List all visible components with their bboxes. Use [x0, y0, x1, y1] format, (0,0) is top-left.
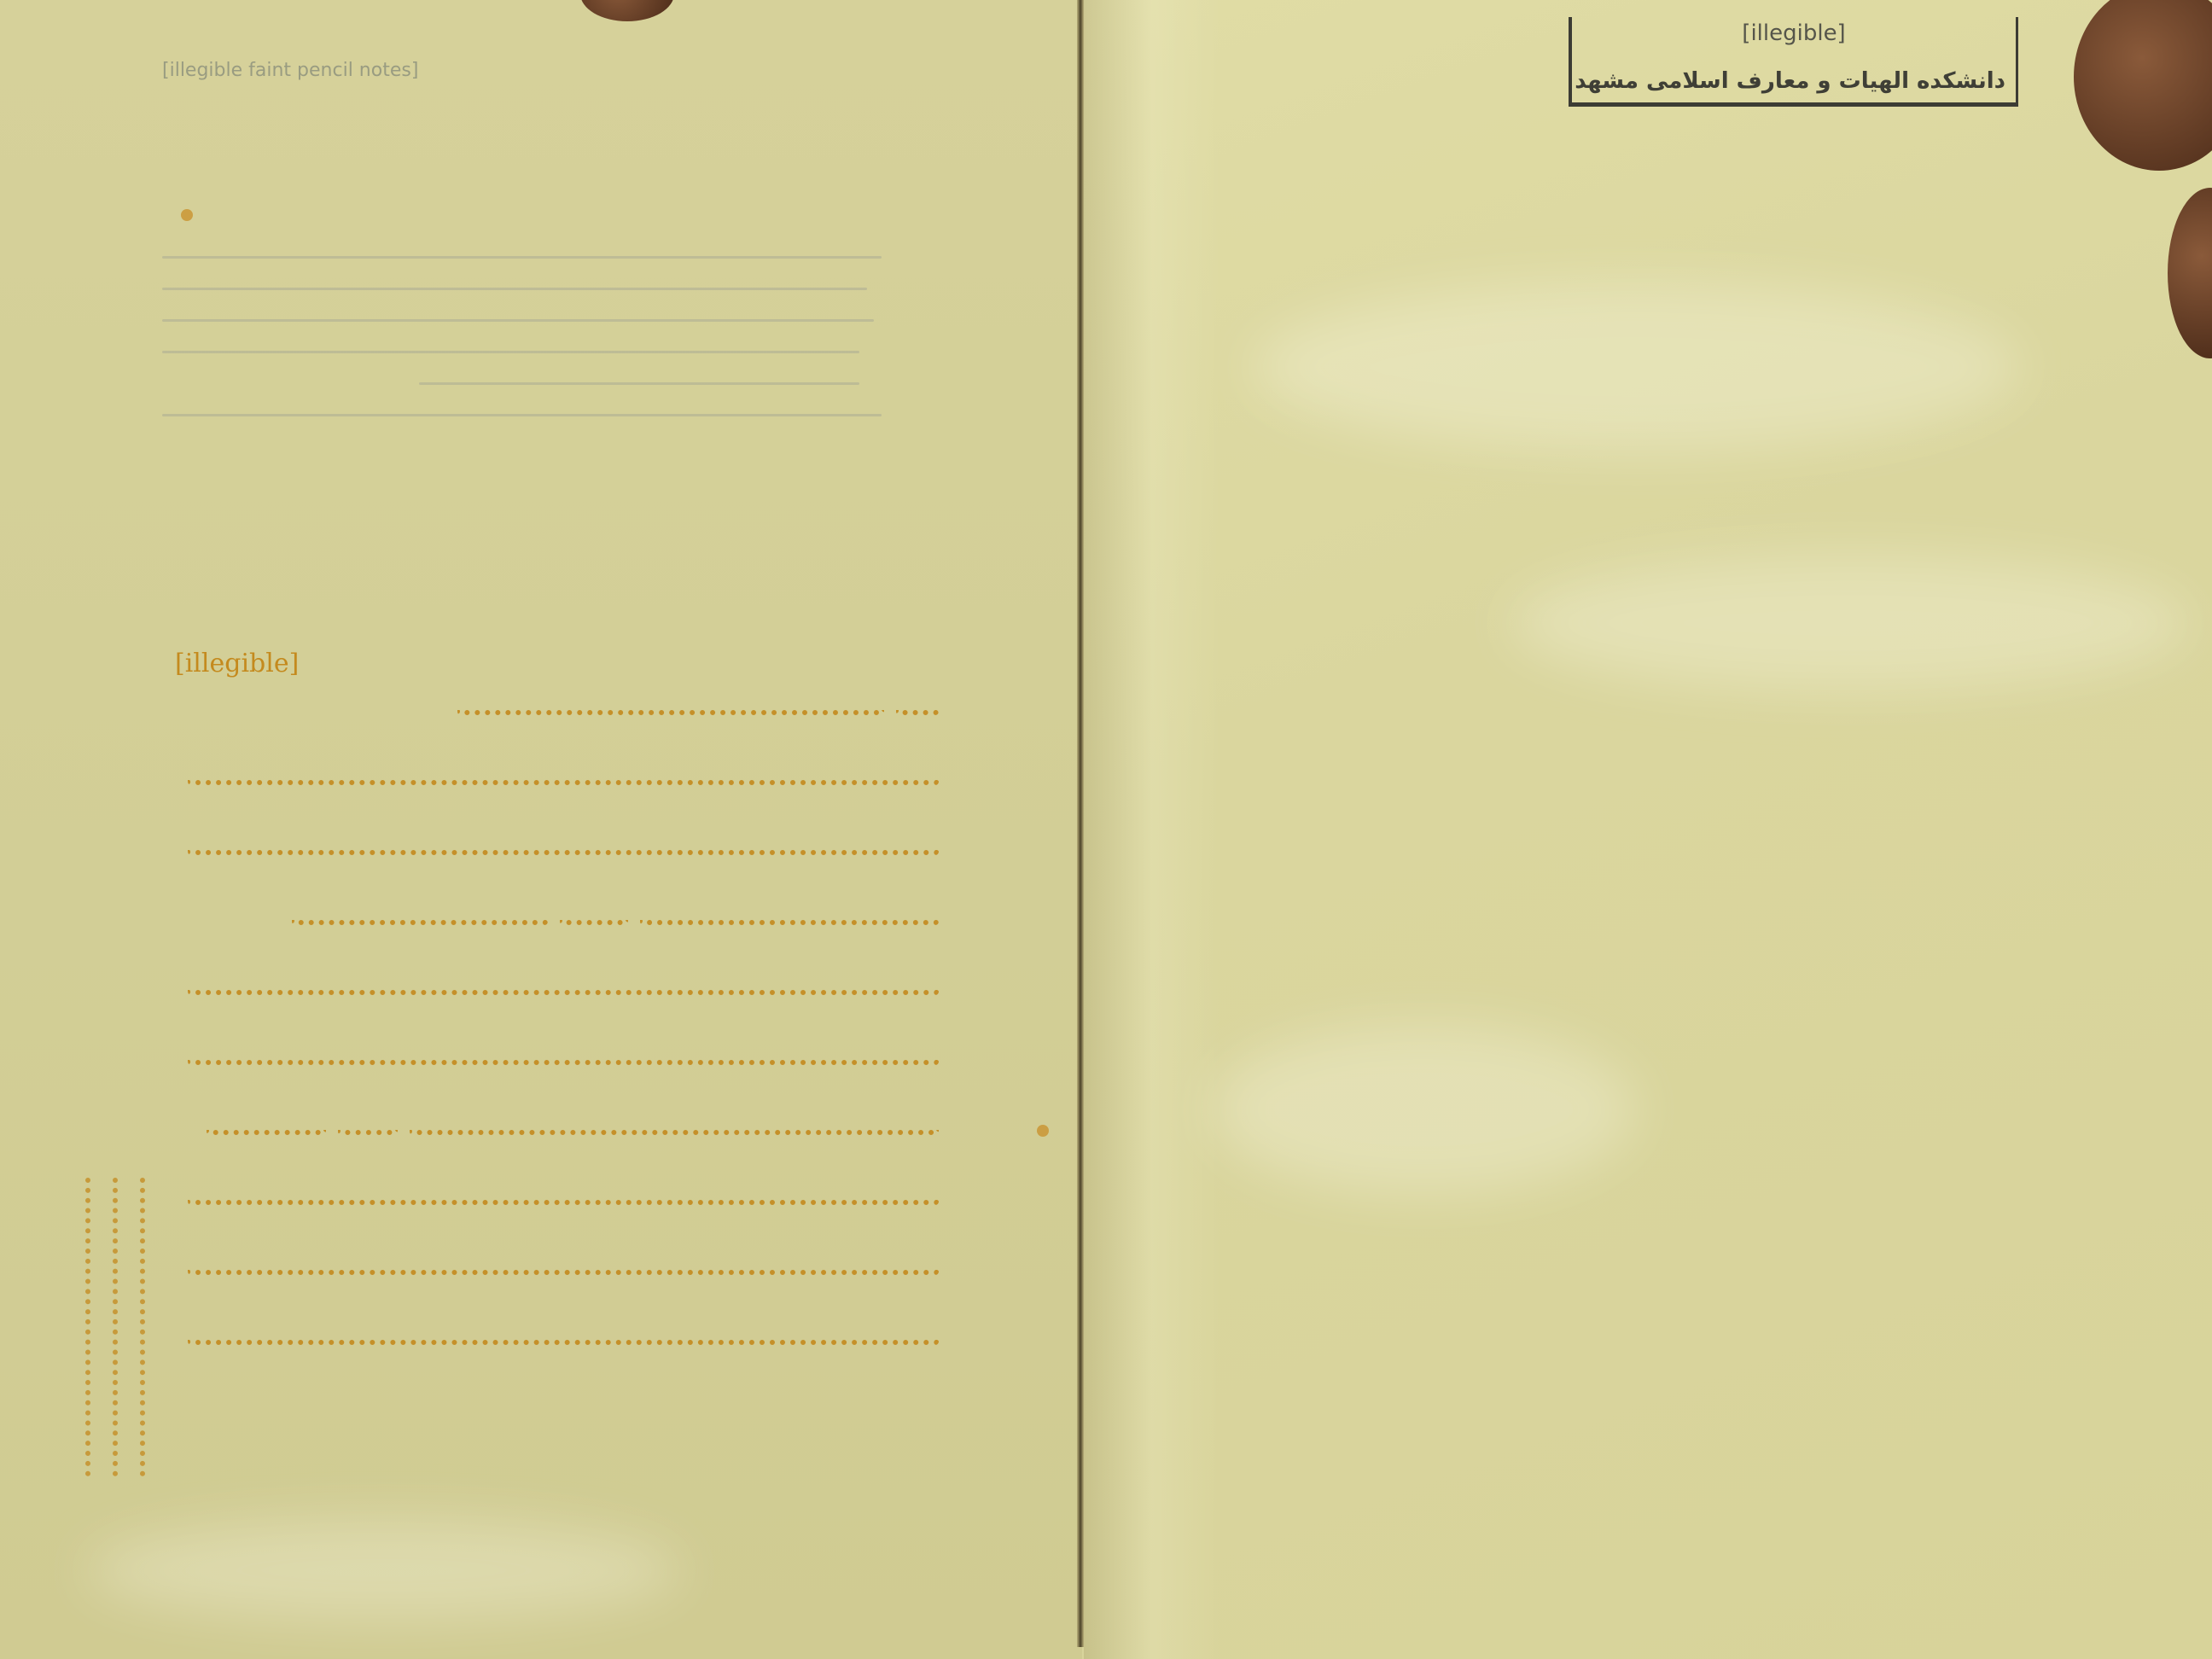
gold-calligraphy-block	[171, 649, 939, 1391]
marginal-note	[85, 1178, 171, 1476]
ink-spot	[181, 209, 193, 221]
show-through-text	[162, 256, 896, 614]
faint-pencil-note: [illegible faint pencil notes]	[162, 60, 418, 81]
manuscript-spread: [illegible faint pencil notes] [illegibl…	[0, 0, 2212, 1659]
library-stamp: [illegible] دانشکده الهیات و معارف اسلام…	[1569, 17, 2018, 107]
page-crease	[1084, 0, 1220, 1659]
left-page: [illegible faint pencil notes] [illegibl…	[0, 0, 1082, 1659]
right-page	[1082, 0, 2212, 1659]
stamp-text: دانشکده الهیات و معارف اسلامی مشهد	[1575, 68, 2005, 94]
stamp-number: [illegible]	[1572, 20, 2016, 46]
book-gutter	[1077, 0, 1084, 1647]
ink-spot	[1037, 1125, 1049, 1137]
